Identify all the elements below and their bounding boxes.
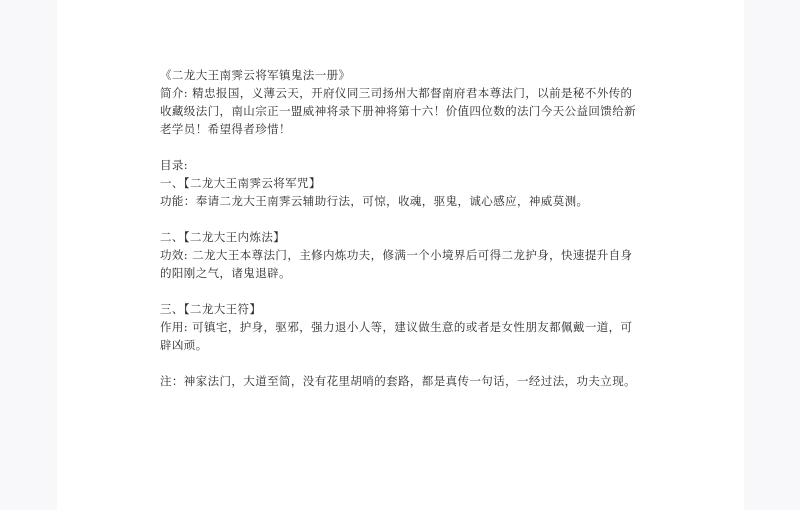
intro-line-3: 老学员！希望得者珍惜！	[160, 120, 660, 138]
section-heading: 三、【二龙大王符】	[160, 300, 660, 318]
section-2: 二、【二龙大王内炼法】 功效: 二龙大王本尊法门，主修内炼功夫，修满一个小境界后…	[160, 228, 660, 282]
spacer	[160, 282, 660, 300]
document-title: 《二龙大王南霁云将军镇鬼法一册》	[160, 66, 660, 84]
note: 注：神家法门，大道至简，没有花里胡哨的套路，都是真传一句话，一经过法，功夫立现。	[160, 372, 660, 390]
toc-label: 目录:	[160, 156, 660, 174]
spacer	[160, 354, 660, 372]
section-heading: 一、【二龙大王南霁云将军咒】	[160, 174, 660, 192]
section-line: 作用: 可镇宅，护身，驱邪，强力退小人等，建议做生意的或者是女性朋友都佩戴一道，…	[160, 318, 660, 336]
section-line: 功能：奉请二龙大王南霁云辅助行法，可惊，收魂，驱鬼，诚心感应，神威莫测。	[160, 192, 660, 210]
section-3: 三、【二龙大王符】 作用: 可镇宅，护身，驱邪，强力退小人等，建议做生意的或者是…	[160, 300, 660, 354]
section-line: 的阳刚之气，诸鬼退辟。	[160, 264, 660, 282]
document-page: 《二龙大王南霁云将军镇鬼法一册》 简介: 精忠报国，义薄云天，开府仪同三司扬州大…	[57, 0, 744, 510]
spacer	[160, 138, 660, 156]
document-content: 《二龙大王南霁云将军镇鬼法一册》 简介: 精忠报国，义薄云天，开府仪同三司扬州大…	[160, 66, 660, 390]
section-1: 一、【二龙大王南霁云将军咒】 功能：奉请二龙大王南霁云辅助行法，可惊，收魂，驱鬼…	[160, 174, 660, 210]
viewport: 《二龙大王南霁云将军镇鬼法一册》 简介: 精忠报国，义薄云天，开府仪同三司扬州大…	[0, 0, 800, 510]
spacer	[160, 210, 660, 228]
section-line: 辟凶顽。	[160, 336, 660, 354]
section-line: 功效: 二龙大王本尊法门，主修内炼功夫，修满一个小境界后可得二龙护身，快速提升自…	[160, 246, 660, 264]
section-heading: 二、【二龙大王内炼法】	[160, 228, 660, 246]
intro-line-1: 简介: 精忠报国，义薄云天，开府仪同三司扬州大都督南府君本尊法门，以前是秘不外传…	[160, 84, 660, 102]
intro-line-2: 收藏级法门，南山宗正一盟威神将录下册神将第十六！价值四位数的法门今天公益回馈给新	[160, 102, 660, 120]
